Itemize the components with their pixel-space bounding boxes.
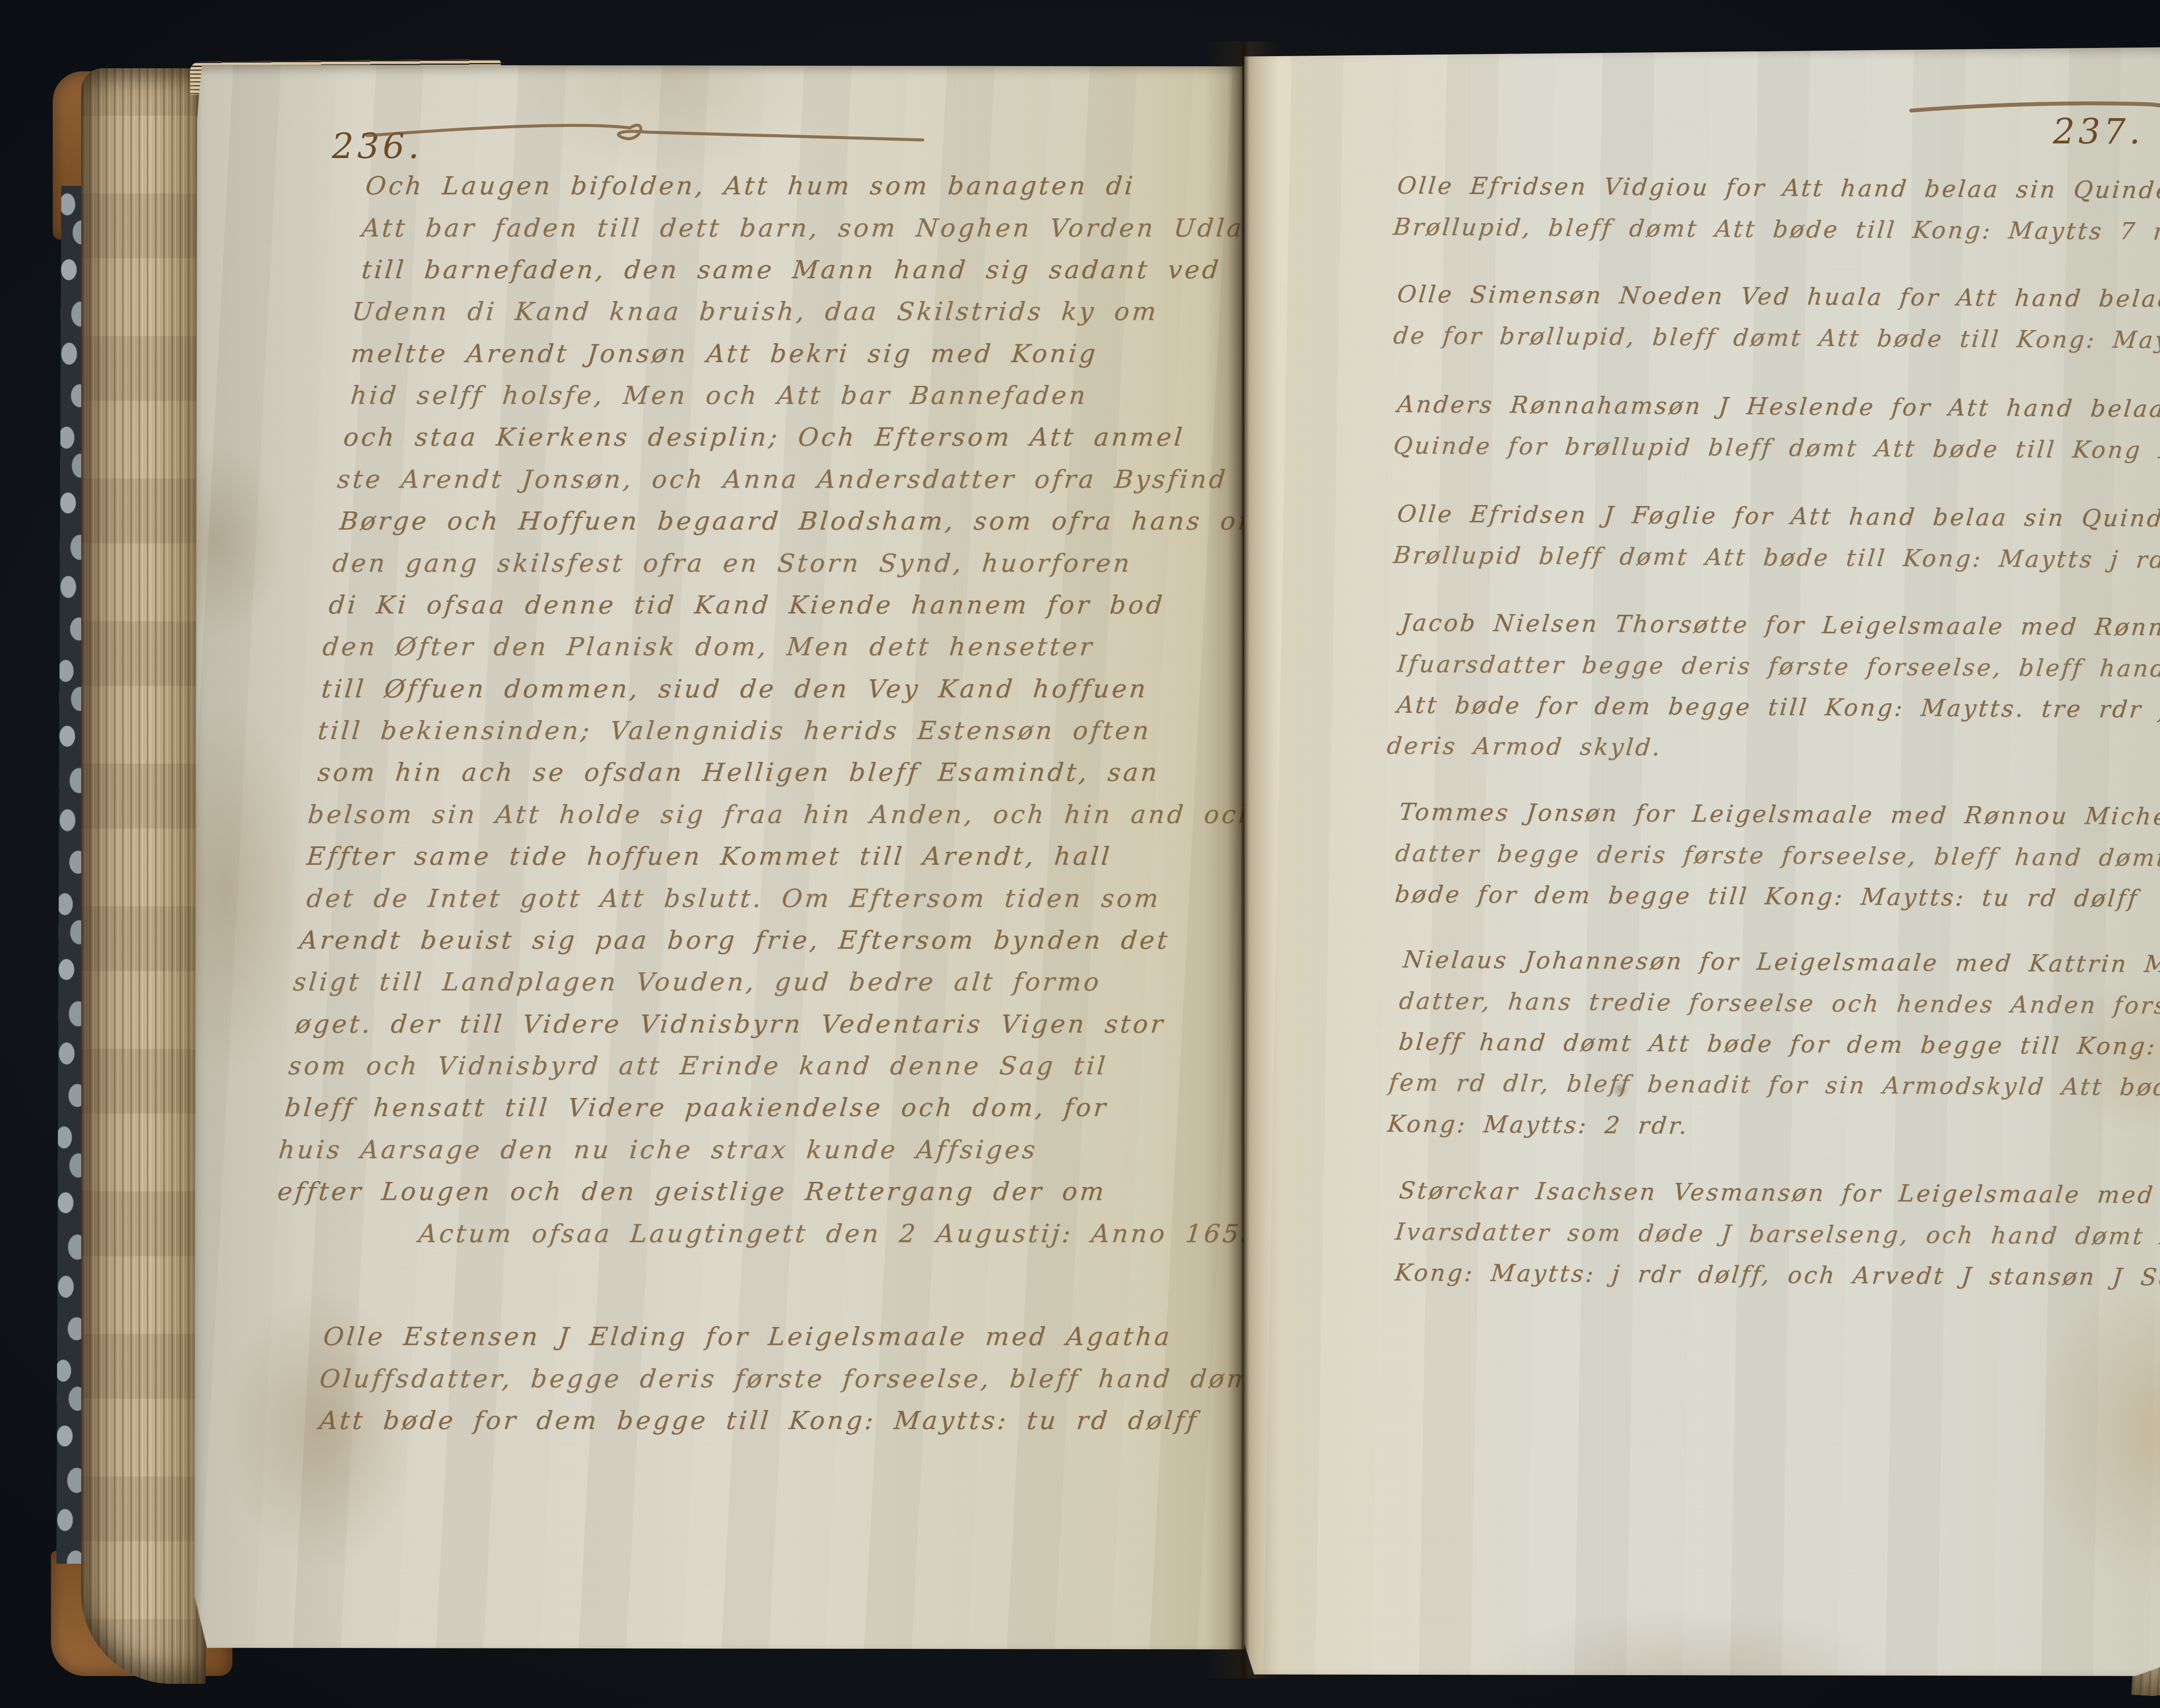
manuscript-line: hid selff holsfe, Men och Att bar Bannef…	[349, 375, 1349, 416]
manuscript-line: Børge och Hoffuen begaard Blodsham, som …	[338, 500, 1338, 542]
manuscript-line: deris Armod skyld.	[1385, 725, 2160, 771]
manuscript-line: belsom sin Att holde sig fraa hin Anden,…	[306, 794, 1306, 835]
manuscript-line: Udenn di Kand knaa bruish, daa Skilstrid…	[350, 291, 1350, 333]
flourish-stroke-left	[362, 113, 928, 148]
flourish-stroke-right	[1909, 98, 2160, 122]
manuscript-line: Brøllupid, bleff dømt Att bøde till Kong…	[1391, 206, 2160, 252]
page-stack-fore-edge-left	[81, 68, 206, 1684]
manuscript-line: Oluffsdatter, begge deris første forseel…	[318, 1358, 1267, 1400]
manuscript-line: de for brøllupid, bleff dømt Att bøde ti…	[1391, 315, 2160, 362]
manuscript-line: fem rd dlr, bleff benadit for sin Armods…	[1387, 1062, 2160, 1108]
manuscript-line: Olle Estensen J Elding for Leigelsmaale …	[321, 1316, 1271, 1358]
manuscript-line: till Øffuen dommen, siud de den Vey Kand…	[320, 668, 1320, 710]
manuscript-line: Brøllupid bleff dømt Att bøde till Kong:…	[1391, 534, 2160, 581]
manuscript-line: Tommes Jonsøn for Leigelsmaale med Rønno…	[1397, 791, 2160, 838]
manuscript-line: Olle Simensøn Noeden Ved huala for Att h…	[1395, 274, 2160, 321]
manuscript-line: Kong: Maytts: j rdr dølff, och Arvedt J …	[1393, 1252, 2160, 1298]
left-entry-2: Olle Estensen J Elding for Leigelsmaale …	[314, 1316, 1271, 1441]
right-entry-7: Nielaus Johannesøn for Leigelsmaale med …	[1386, 939, 2160, 1149]
manuscript-line: datter begge deris første forseelse, ble…	[1394, 832, 2160, 879]
manuscript-line: bleff hensatt till Videre paakiendelse o…	[283, 1087, 1283, 1129]
right-entry-5: Jacob Nielsen Thorsøtte for Leigelsmaale…	[1388, 602, 2160, 771]
manuscript-line: Jacob Nielsen Thorsøtte for Leigelsmaale…	[1399, 602, 2160, 648]
manuscript-line: Nielaus Johannesøn for Leigelsmaale med …	[1401, 939, 2160, 985]
manuscript-line: Ifuarsdatter begge deris første forseels…	[1395, 643, 2160, 689]
gutter-fold-shadow	[1205, 41, 1279, 1679]
manuscript-line: di Ki ofsaa denne tid Kand Kiende hannem…	[327, 584, 1327, 626]
right-entry-6: Tommes Jonsøn for Leigelsmaale med Rønno…	[1390, 791, 2160, 920]
manuscript-line: effter Lougen och den geistlige Retterga…	[276, 1171, 1276, 1213]
manuscript-line: den gang skilsfest ofra en Storn Synd, h…	[330, 542, 1331, 584]
manuscript-date-line: Actum ofsaa Laugtingett den 2 Augustij: …	[272, 1213, 1272, 1254]
manuscript-line: som hin ach se ofsdan Helligen bleff Esa…	[316, 752, 1316, 794]
manuscript-line: Att bøde for dem begge till Kong: Maytts…	[318, 1400, 1267, 1441]
manuscript-line: Størckar Isachsen Vesmansøn for Leigelsm…	[1397, 1170, 2160, 1216]
manuscript-line: Ivarsdatter som døde J barselseng, och h…	[1394, 1211, 2160, 1257]
manuscript-line: datter, hans tredie forseelse och hendes…	[1397, 980, 2160, 1026]
manuscript-line: Arendt beuist sig paa borg frie, Efterso…	[298, 919, 1298, 961]
manuscript-line: øget. der till Videre Vidnisbyrn Vedenta…	[294, 1003, 1294, 1045]
manuscript-line: Quinde for brøllupid bleff dømt Att bøde…	[1391, 425, 2160, 471]
left-page: 236. Och Laugen bifolden, Att hum som ba…	[194, 65, 1244, 1651]
manuscript-line: den Øfter den Planisk dom, Men dett hens…	[321, 626, 1321, 668]
right-entry-1: Olle Efridsen Vidgiou for Att hand belaa…	[1391, 165, 2160, 252]
right-entry-8: Størckar Isachsen Vesmansøn for Leigelsm…	[1390, 1170, 2160, 1298]
manuscript-line: som och Vidnisbyrd att Erinde kand denne…	[287, 1045, 1287, 1087]
manuscript-line: Olle Efridsen J Føglie for Att hand bela…	[1395, 493, 2160, 540]
manuscript-line: ste Arendt Jonsøn, och Anna Andersdatter…	[335, 458, 1335, 500]
manuscript-line: meltte Arendt Jonsøn Att bekri sig med K…	[349, 333, 1349, 375]
manuscript-line: bøde for dem begge till Kong: Maytts: tu…	[1393, 873, 2160, 920]
manuscript-line: sligt till Landplagen Vouden, gud bedre …	[292, 961, 1292, 1003]
manuscript-line: Anders Rønnahamsøn J Heslende for Att ha…	[1395, 384, 2160, 430]
manuscript-photo: { "colors":{ "background":"#10141a", "pa…	[0, 0, 2160, 1708]
manuscript-line: huis Aarsage den nu iche strax kunde Aff…	[277, 1129, 1277, 1171]
manuscript-line: det de Intet gott Att bslutt. Om Efterso…	[305, 877, 1305, 919]
manuscript-line: bleff hand dømt Att bøde for dem begge t…	[1397, 1021, 2160, 1067]
manuscript-line: Att bøde for dem begge till Kong: Maytts…	[1395, 684, 2160, 730]
manuscript-line: till bekiensinden; Valengnidis herids Es…	[316, 710, 1316, 752]
right-entry-2: Olle Simensøn Noeden Ved huala for Att h…	[1391, 274, 2160, 362]
left-entry-main: Och Laugen bifolden, Att hum som banagte…	[272, 165, 1364, 1254]
manuscript-line: Kong: Maytts: 2 rdr.	[1386, 1103, 2160, 1149]
manuscript-line: Olle Efridsen Vidgiou for Att hand belaa…	[1395, 165, 2160, 211]
right-entry-3: Anders Rønnahamsøn J Heslende for Att ha…	[1391, 384, 2160, 471]
right-page: 237. Olle Efridsen Vidgiou for Att hand …	[1244, 47, 2160, 1676]
manuscript-line: och staa Kierkens desiplin; Och Eftersom…	[342, 416, 1342, 458]
right-entry-4: Olle Efridsen J Føglie for Att hand bela…	[1391, 493, 2160, 581]
manuscript-line: Effter same tide hoffuen Kommet till Are…	[305, 835, 1305, 877]
